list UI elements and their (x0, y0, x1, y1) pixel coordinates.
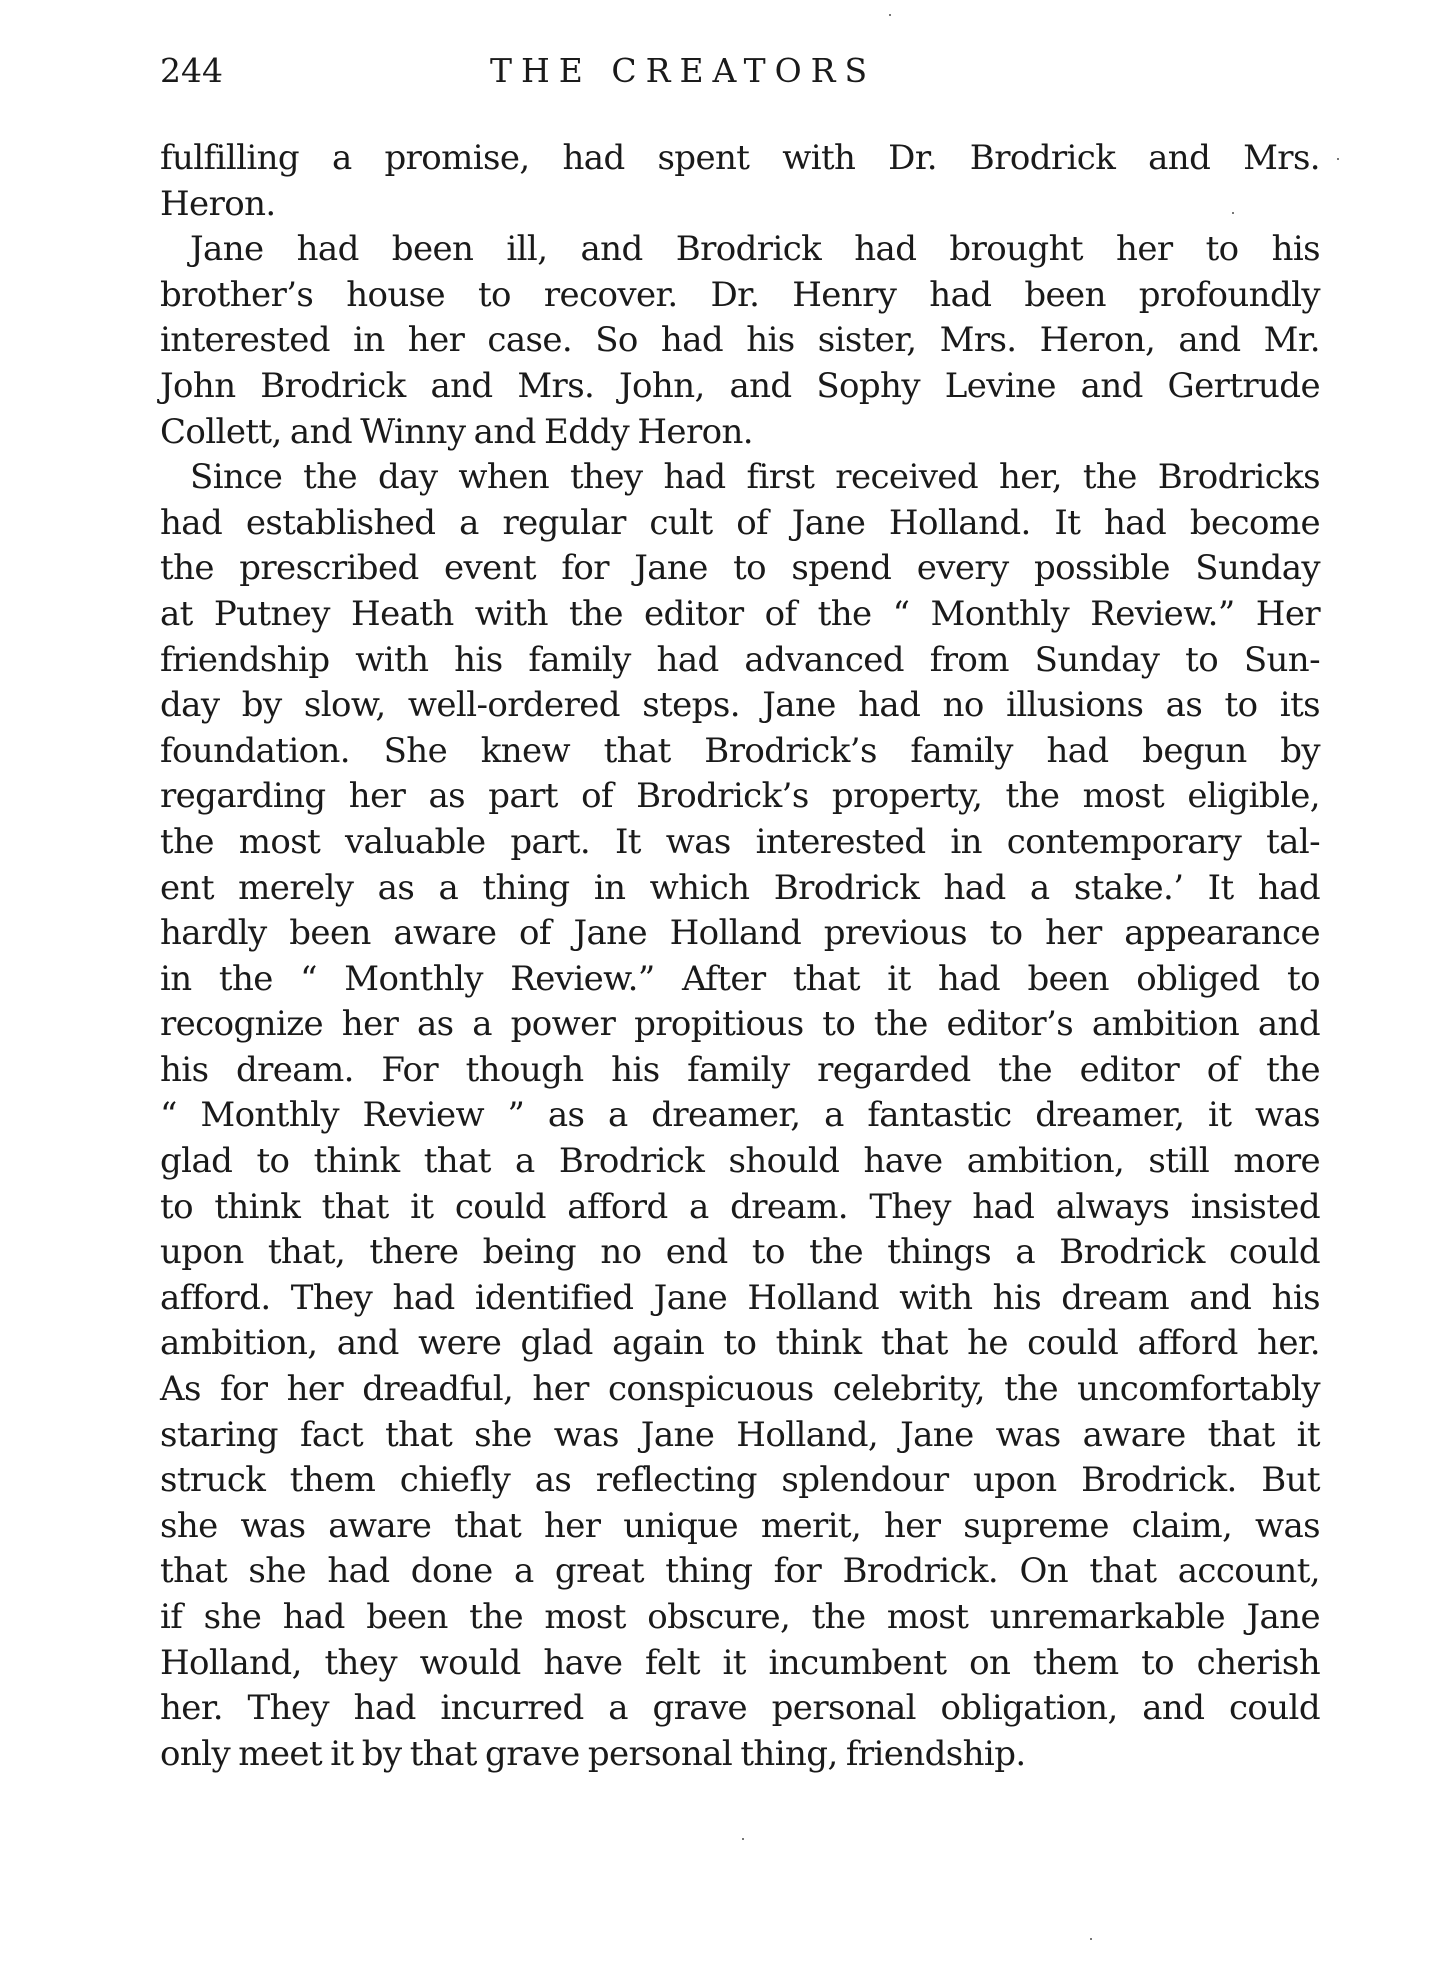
text-line: Collett, and Winny and Eddy Heron. (160, 410, 1320, 456)
text-line: Holland, they would have felt it incumbe… (160, 1641, 1320, 1687)
paragraph: fulfilling a promise, had spent with Dr.… (160, 136, 1320, 227)
text-line: upon that, there being no end to the thi… (160, 1230, 1320, 1276)
body-text: fulfilling a promise, had spent with Dr.… (160, 136, 1320, 1777)
text-line: As for her dreadful, her conspicuous cel… (160, 1367, 1320, 1413)
text-line: staring fact that she was Jane Holland, … (160, 1413, 1320, 1459)
text-line: “ Monthly Review ” as a dreamer, a fanta… (160, 1093, 1320, 1139)
text-line: foundation. She knew that Brodrick’s fam… (160, 729, 1320, 775)
speck (1337, 158, 1339, 160)
speck (1090, 1938, 1092, 1940)
text-line: glad to think that a Brodrick should hav… (160, 1139, 1320, 1185)
text-line: ambition, and were glad again to think t… (160, 1321, 1320, 1367)
speck (742, 1838, 744, 1840)
text-line: Jane had been ill, and Brodrick had brou… (160, 227, 1320, 273)
text-line: day by slow, well-ordered steps. Jane ha… (160, 683, 1320, 729)
speck (889, 14, 891, 16)
text-line: regarding her as part of Brodrick’s prop… (160, 774, 1320, 820)
text-line: the most valuable part. It was intereste… (160, 820, 1320, 866)
text-line: in the “ Monthly Review.” After that it … (160, 957, 1320, 1003)
text-line: only meet it by that grave personal thin… (160, 1732, 1320, 1778)
text-line: friendship with his family had advanced … (160, 638, 1320, 684)
text-line: hardly been aware of Jane Holland previo… (160, 911, 1320, 957)
book-page: 244 THE CREATORS fulfilling a promise, h… (0, 0, 1433, 1963)
text-line: if she had been the most obscure, the mo… (160, 1595, 1320, 1641)
text-line: his dream. For though his family regarde… (160, 1048, 1320, 1094)
text-line: she was aware that her unique merit, her… (160, 1504, 1320, 1550)
text-line: interested in her case. So had his siste… (160, 318, 1320, 364)
text-line: ent merely as a thing in which Brodrick … (160, 866, 1320, 912)
text-line: Since the day when they had first receiv… (160, 455, 1320, 501)
text-line: John Brodrick and Mrs. John, and Sophy L… (160, 364, 1320, 410)
text-line: had established a regular cult of Jane H… (160, 501, 1320, 547)
text-line: afford. They had identified Jane Holland… (160, 1276, 1320, 1322)
page-number: 244 (160, 46, 223, 96)
paragraph: Jane had been ill, and Brodrick had brou… (160, 227, 1320, 455)
text-line: to think that it could afford a dream. T… (160, 1185, 1320, 1231)
text-line: fulfilling a promise, had spent with Dr.… (160, 136, 1320, 182)
text-line: at Putney Heath with the editor of the “… (160, 592, 1320, 638)
text-line: struck them chiefly as reflecting splend… (160, 1458, 1320, 1504)
running-title: THE CREATORS (490, 46, 876, 96)
text-line: Heron. (160, 182, 1320, 228)
speck (1232, 212, 1234, 214)
text-line: brother’s house to recover. Dr. Henry ha… (160, 273, 1320, 319)
running-header: 244 THE CREATORS (160, 46, 1320, 96)
text-line: recognize her as a power propitious to t… (160, 1002, 1320, 1048)
text-line: her. They had incurred a grave personal … (160, 1686, 1320, 1732)
text-line: the prescribed event for Jane to spend e… (160, 546, 1320, 592)
text-line: that she had done a great thing for Brod… (160, 1549, 1320, 1595)
paragraph: Since the day when they had first receiv… (160, 455, 1320, 1777)
